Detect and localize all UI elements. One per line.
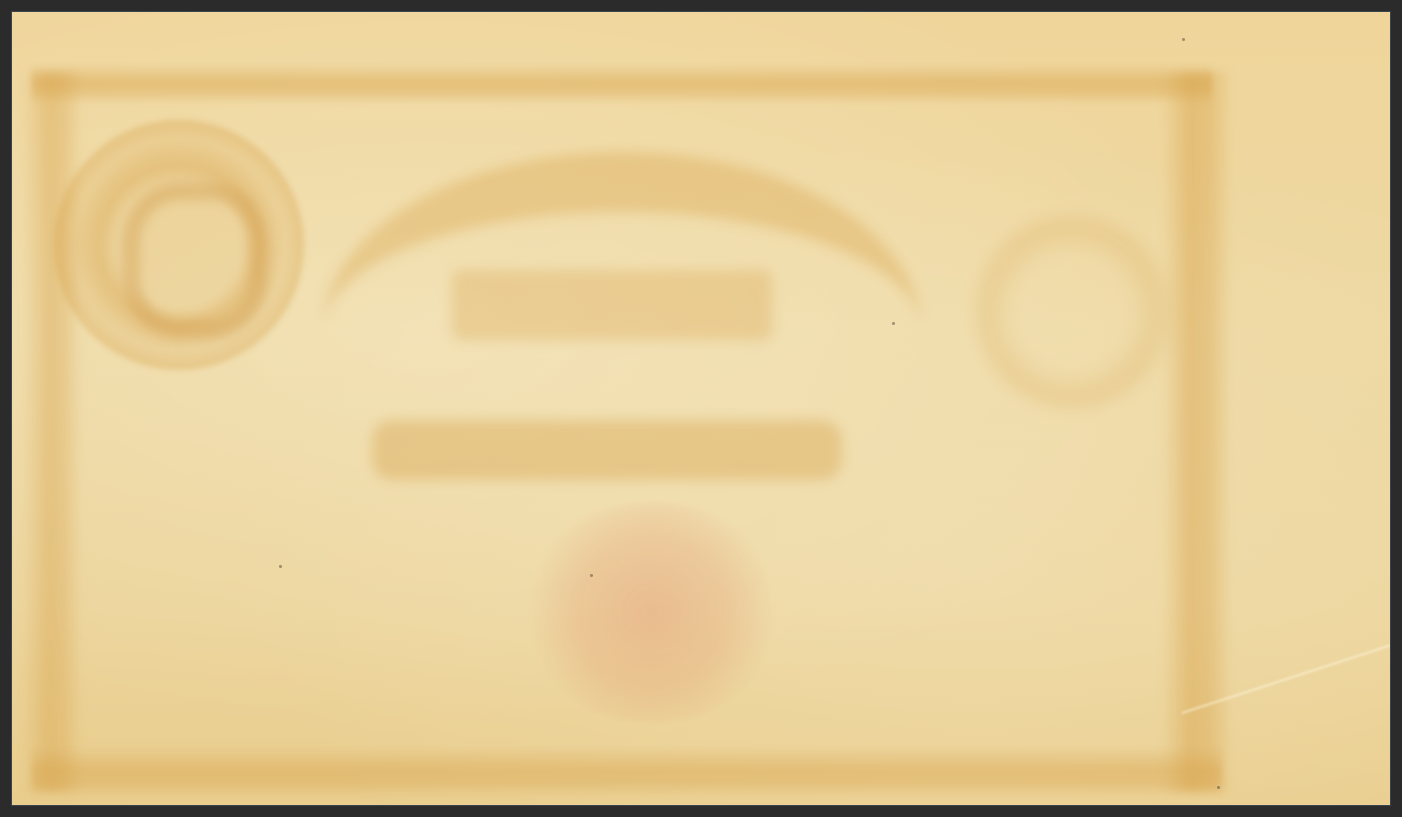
medallion-numeral [122,182,268,338]
border-show-through-right [1162,72,1232,792]
center-title-show-through [452,270,772,340]
banknote-reverse: Aged cream/yellow paper with faint orang… [12,12,1390,805]
paper-speck [590,574,593,577]
paper-speck [279,565,282,568]
paper-speck [892,322,895,325]
denomination-band-show-through [372,420,842,480]
paper-speck [1217,786,1220,789]
paper-speck [1182,38,1185,41]
right-vignette [972,212,1172,412]
red-seal [522,502,782,722]
border-show-through-top [32,64,1212,104]
border-show-through-bottom [32,747,1222,797]
